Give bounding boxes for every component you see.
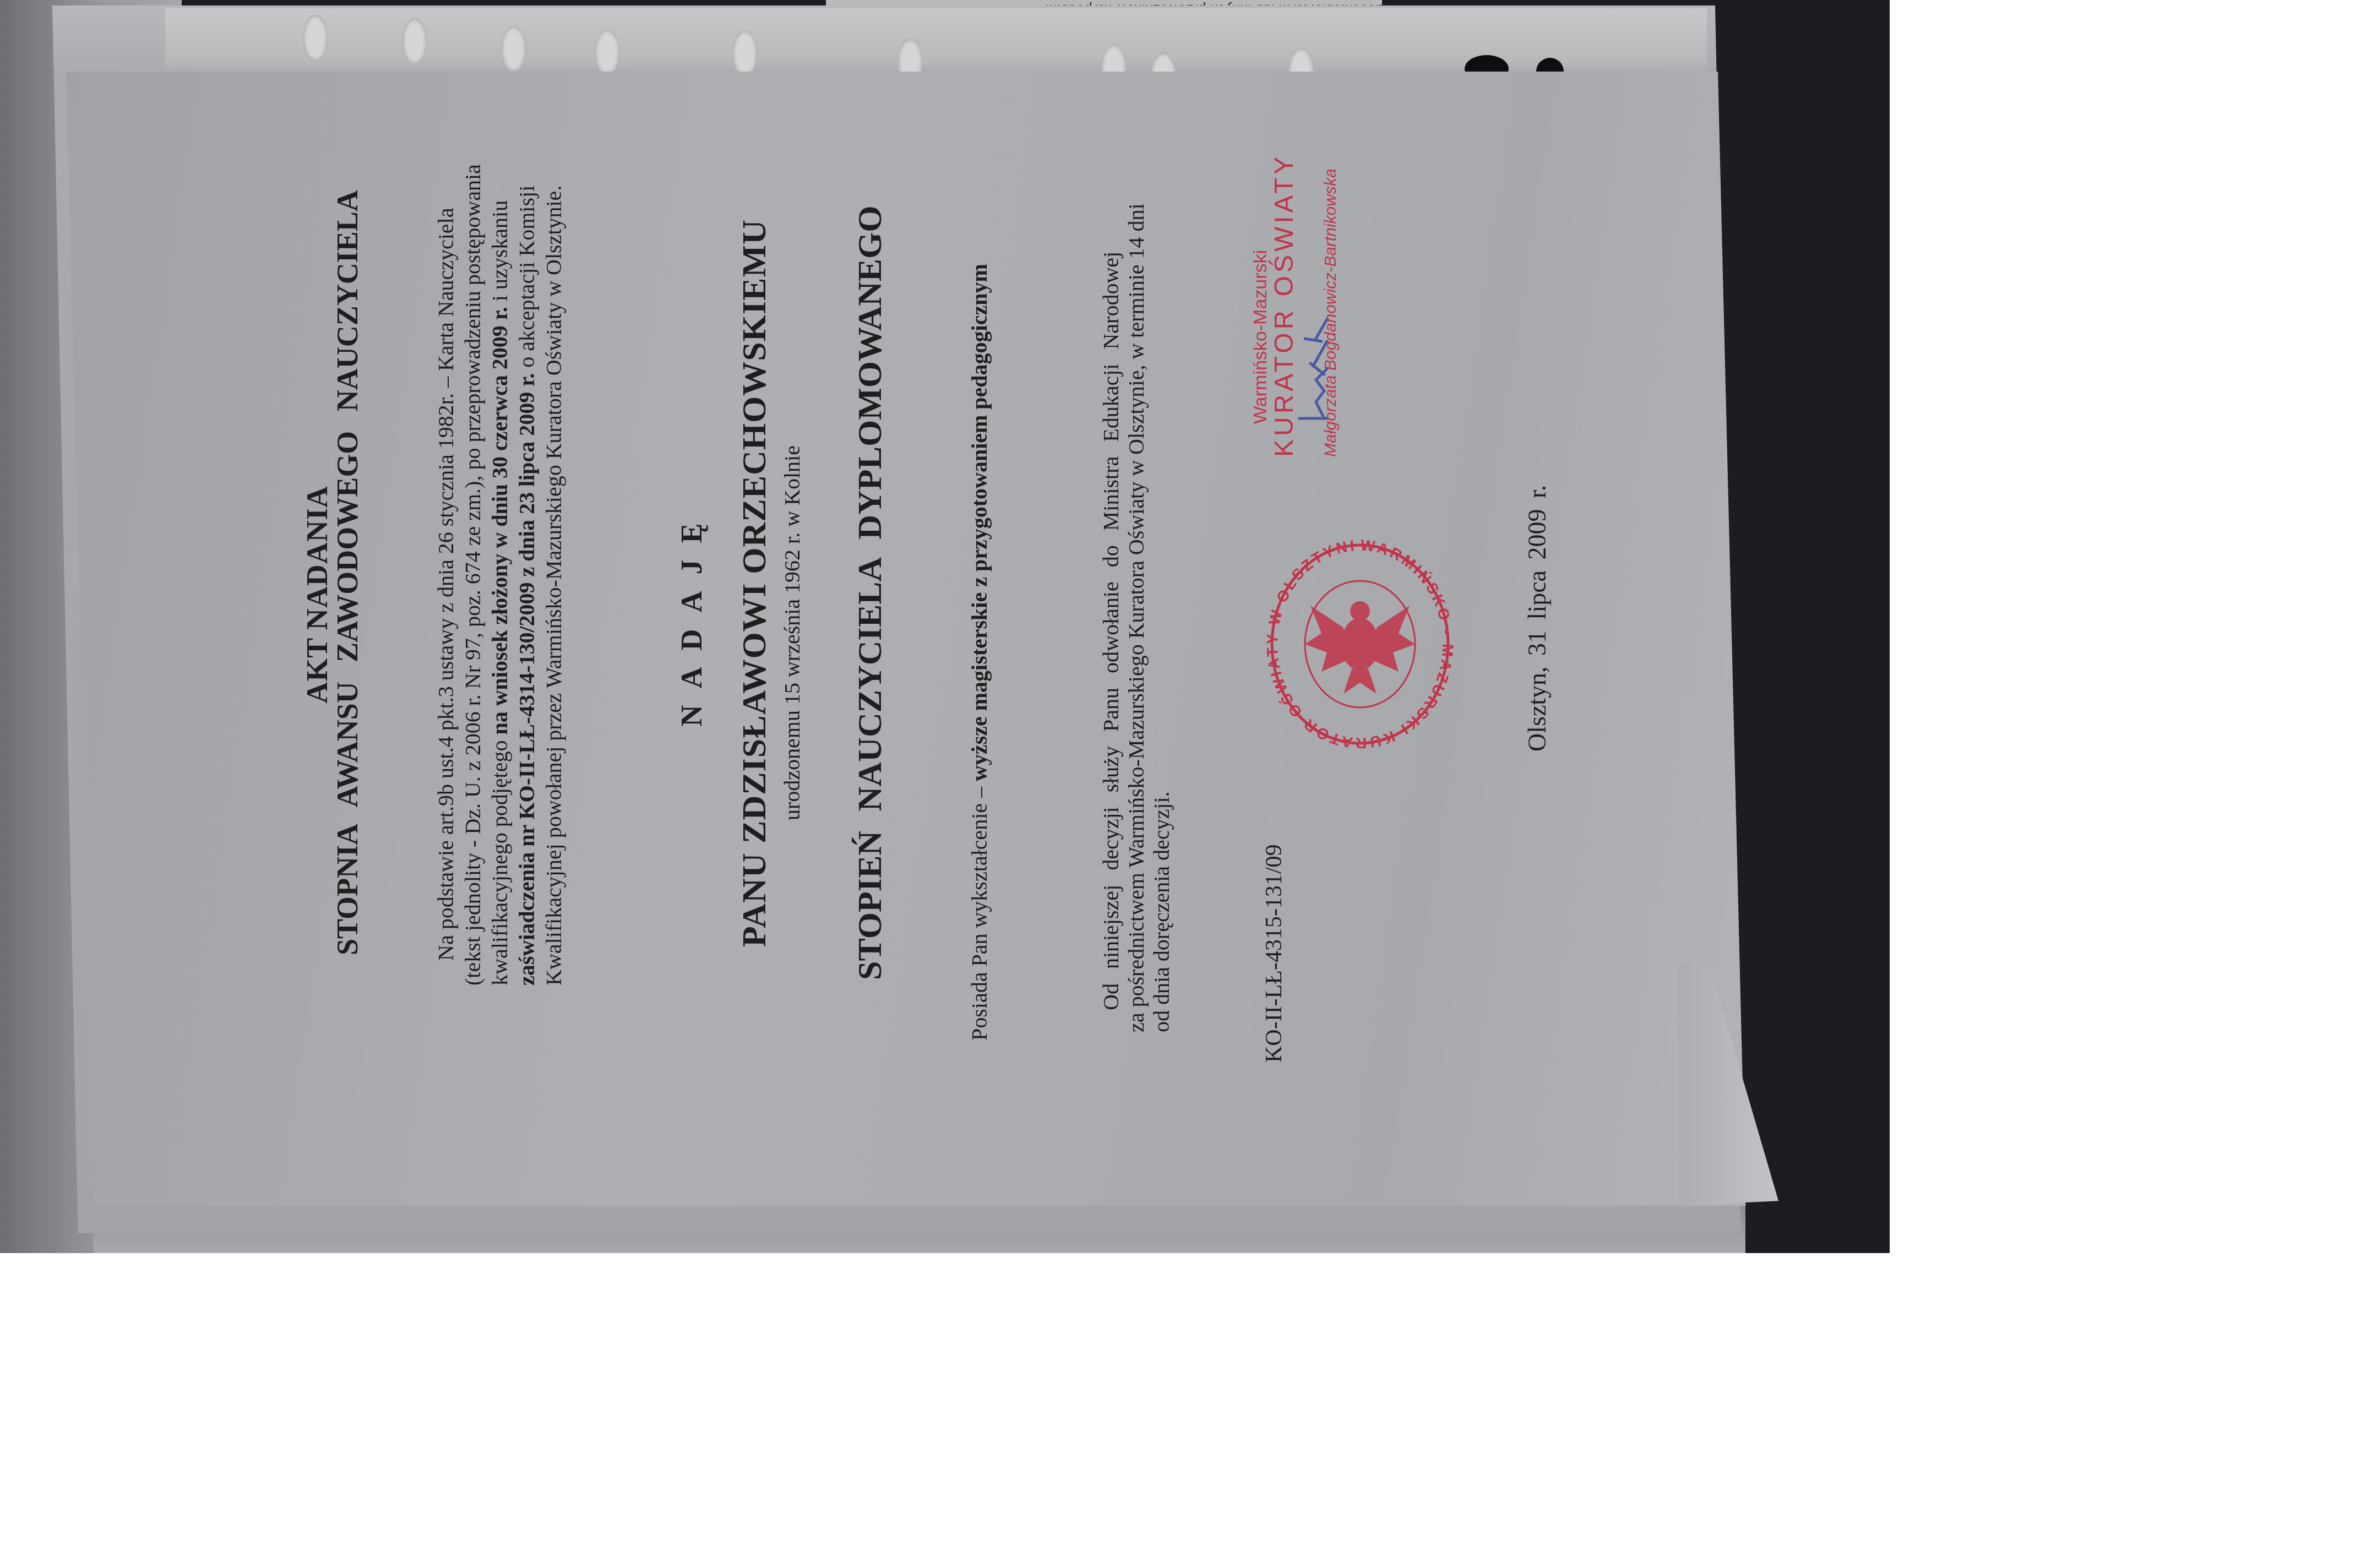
legal-basis-line: Kwalifikacyjnej powołanej przez Warmińsk…	[540, 164, 567, 986]
eagle-emblem-icon	[1305, 601, 1415, 694]
legal-basis-paragraph: Na podstawie art.9b ust.4 pkt.3 ustawy z…	[432, 164, 567, 986]
title-line-1: AKT NADANIA	[300, 479, 334, 710]
punch-hole	[732, 30, 758, 77]
legal-basis-line: (tekst jednolity - Dz. U. z 2006 r. Nr 9…	[459, 164, 486, 986]
title-line-2: STOPNIA AWANSU ZAWODOWEGO NAUCZYCIELA	[330, 251, 365, 955]
case-number: KO-II-LŁ-4315-131/09	[1261, 844, 1287, 1063]
recipient-name: PANU ZDZISŁAWOWI ORZECHOWSKIEMU	[735, 219, 774, 947]
document-photo: 1/1 Do oświadczenia należy dołączyć bile…	[0, 0, 1890, 1253]
appeal-paragraph: Od niniejszej decyzji służy Panu odwołan…	[1098, 203, 1174, 1032]
punch-hole	[595, 29, 620, 75]
degree-title: STOPIEŃ NAUCZYCIELA DYPLOMOWANEGO	[851, 206, 890, 980]
legal-basis-line: zaświadczenia nr KO-II-LŁ-4314-130/2009 …	[513, 164, 540, 986]
punch-hole	[501, 26, 526, 72]
punch-hole	[402, 18, 427, 64]
birth-info: urodzonemu 15 września 1962 r. w Kolnie	[779, 445, 805, 820]
stamp-region: Warmińsko-Mazurski	[1250, 250, 1271, 424]
signature	[1294, 308, 1338, 424]
place-date: Olsztyn, 31 lipca 2009 r.	[1522, 485, 1552, 752]
round-seal: WARMIŃSKO - MAZURSKI KURATOR OŚWIATY W O…	[1261, 534, 1459, 754]
blank-area	[0, 1253, 2361, 1568]
education-line: Posiada Pan wykształcenie – wyższe magis…	[966, 264, 992, 1041]
legal-basis-line: Na podstawie art.9b ust.4 pkt.3 ustawy z…	[432, 164, 459, 986]
grants-heading: NADAJĘ	[674, 501, 709, 732]
punch-hole	[303, 15, 328, 61]
legal-basis-line: kwalifikacyjnego podjętego na wniosek zł…	[486, 164, 513, 986]
